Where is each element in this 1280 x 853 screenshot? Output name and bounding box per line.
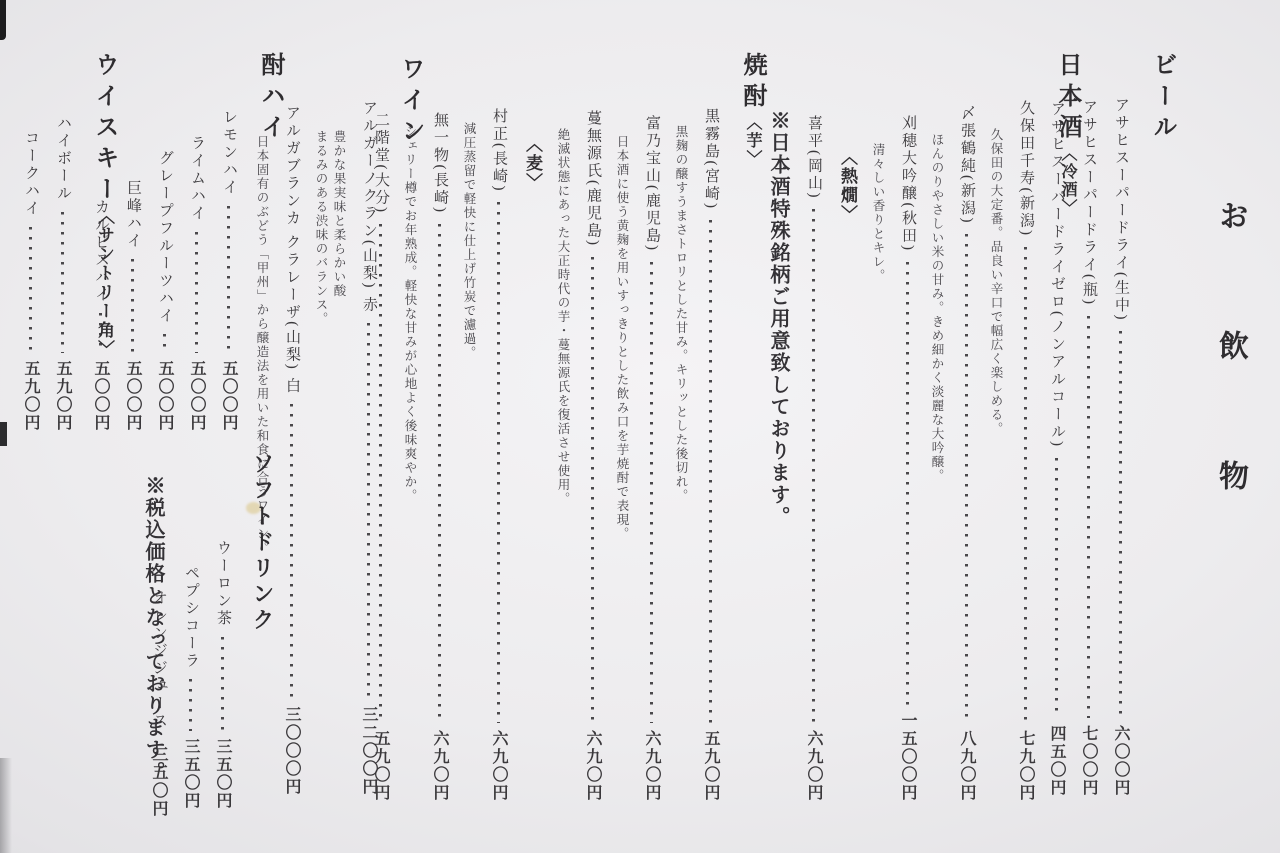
menu-item: ペプシコーラ 三五〇円 bbox=[179, 452, 202, 810]
dotted-leader bbox=[189, 679, 192, 731]
section-heading-whisky: ウイスキー〈サントリー角〉 bbox=[87, 52, 122, 432]
item-price: 五九〇円 bbox=[699, 730, 722, 802]
item-name: 巨峰ハイ bbox=[121, 180, 144, 250]
photo-edge-shadow bbox=[0, 758, 12, 853]
item-price: 五〇〇円 bbox=[121, 360, 144, 432]
menu-item: 村正(長崎) 六九〇円 bbox=[487, 52, 510, 802]
item-name: 喜平(岡山) bbox=[802, 115, 825, 200]
menu-item: 蔓無源氏(鹿児島) 六九〇円 bbox=[581, 52, 604, 802]
heading-sub-suntory: 〈サントリー角〉 bbox=[95, 207, 114, 359]
dotted-leader bbox=[61, 212, 64, 354]
item-name: レモンハイ bbox=[217, 109, 240, 197]
item-name: ハイボール bbox=[51, 115, 74, 203]
dotted-leader bbox=[709, 220, 712, 724]
heading-sub-cold: 〈冷酒〉 bbox=[1059, 145, 1076, 217]
item-price: 三五〇円 bbox=[211, 738, 234, 810]
dotted-leader bbox=[497, 202, 500, 723]
dotted-leader bbox=[227, 206, 230, 354]
item-description: 黒麹の醸すうまさトロリとした甘み。キリッとした後切れ。 bbox=[672, 52, 690, 802]
dotted-leader bbox=[1087, 316, 1090, 719]
menu-item: グレープフルーツハイ 五〇〇円 bbox=[153, 52, 176, 432]
item-name: 〆張鶴純(新潟) bbox=[955, 105, 978, 225]
item-name: 黒霧島(宮崎) bbox=[699, 108, 722, 211]
dotted-leader bbox=[290, 404, 293, 699]
item-price: 六九〇円 bbox=[428, 730, 451, 802]
item-price: 六九〇円 bbox=[640, 730, 663, 802]
dotted-leader bbox=[1024, 247, 1027, 724]
dotted-leader bbox=[29, 227, 32, 354]
item-price: 八九〇円 bbox=[955, 730, 978, 802]
item-description: 減圧蒸留で軽快に仕上げ竹炭で濾過。 bbox=[460, 52, 478, 802]
item-description: ほんのりやさしい米の甘み。きめ細かく淡麗な大吟醸。 bbox=[928, 52, 946, 802]
heading-text: 焼酎 bbox=[739, 52, 765, 114]
item-price: 五九〇円 bbox=[51, 360, 74, 432]
dotted-leader bbox=[163, 334, 166, 353]
item-name: 村正(長崎) bbox=[487, 108, 510, 193]
menu-item: アサヒスーパードライ(生中) 六〇〇円 bbox=[1109, 52, 1132, 797]
item-description: 日本酒に使う黄麹を用いすっきりとした飲み口を芋焼酎で表現。 bbox=[613, 52, 631, 802]
dotted-leader bbox=[906, 262, 909, 706]
item-price: 一五〇〇円 bbox=[896, 712, 919, 802]
page-title: お飲物 bbox=[1208, 200, 1252, 630]
dotted-leader bbox=[1119, 331, 1122, 718]
item-price: 三五〇円 bbox=[179, 738, 202, 810]
item-price: 三二〇〇円 bbox=[357, 706, 380, 796]
item-price: 五九〇円 bbox=[19, 360, 42, 432]
menu-item: ハイボール 五九〇円 bbox=[51, 52, 74, 432]
subheading-hot-sake: 〈熱燗〉 bbox=[835, 52, 860, 802]
item-price: 五〇〇円 bbox=[153, 360, 176, 432]
menu-item: 富乃宝山(鹿児島) 六九〇円 bbox=[640, 52, 663, 802]
section-heading-sake: 日本酒〈冷酒〉 bbox=[1050, 52, 1085, 802]
menu-item: 刈穂大吟醸(秋田) 一五〇〇円 bbox=[896, 52, 919, 802]
item-description: 豊かな果実味と柔らかい酸 まるみのある渋味のバランス。 bbox=[312, 56, 348, 796]
item-name: 富乃宝山(鹿児島) bbox=[640, 115, 663, 253]
item-name: アサヒスーパードライ(生中) bbox=[1109, 97, 1132, 322]
dotted-leader bbox=[131, 259, 134, 353]
item-description: 絶滅状態にあった大正時代の芋・蔓無源氏を復活させ使用。 bbox=[554, 52, 572, 802]
item-price: 六九〇円 bbox=[802, 730, 825, 802]
heading-text: 日本酒 bbox=[1054, 52, 1080, 145]
subheading-mugi: 〈麦〉 bbox=[520, 52, 545, 802]
item-price: 七九〇円 bbox=[1014, 730, 1037, 802]
section-heading-wine: ワイン bbox=[393, 56, 428, 796]
menu-item: 喜平(岡山) 六九〇円 bbox=[802, 52, 825, 802]
item-name: ウーロン茶 bbox=[211, 540, 234, 628]
section-heading-shochu: 焼酎〈芋〉 bbox=[735, 52, 770, 802]
section-sake: 日本酒〈冷酒〉 久保田千寿(新潟) 七九〇円 久保田の大定番。品良い辛口で幅広く… bbox=[752, 52, 1085, 802]
item-name: 刈穂大吟醸(秋田) bbox=[896, 115, 919, 253]
item-price: 六九〇円 bbox=[487, 730, 510, 802]
menu-item: レモンハイ 五〇〇円 bbox=[217, 52, 240, 432]
section-heading-softdrink: ソフトドリンク bbox=[247, 452, 278, 810]
dotted-leader bbox=[812, 209, 815, 723]
item-price: 六〇〇円 bbox=[1109, 725, 1132, 797]
item-price: 五〇〇円 bbox=[185, 360, 208, 432]
dotted-leader bbox=[591, 257, 594, 724]
section-heading-chuhai: 酎ハイ bbox=[253, 52, 288, 432]
item-description: 久保田の大定番。品良い辛口で幅広く楽しめる。 bbox=[987, 52, 1005, 802]
dotted-leader bbox=[650, 262, 653, 724]
dotted-leader bbox=[367, 323, 370, 699]
menu-item: アルガーノクラン(山梨) 赤 三二〇〇円 bbox=[357, 56, 380, 796]
tax-note: ※税込価格となっております。 bbox=[139, 475, 168, 795]
menu-item: ウーロン茶 三五〇円 bbox=[211, 452, 234, 810]
item-name: 蔓無源氏(鹿児島) bbox=[581, 110, 604, 248]
item-name: アルガーノクラン(山梨) 赤 bbox=[357, 100, 380, 314]
menu-item: 巨峰ハイ 五〇〇円 bbox=[121, 52, 144, 432]
item-name: ペプシコーラ bbox=[179, 565, 202, 670]
dotted-leader bbox=[965, 234, 968, 723]
dotted-leader bbox=[195, 232, 198, 354]
menu-item: 無一物(長崎) 六九〇円 bbox=[428, 52, 451, 802]
photo-edge-mark bbox=[0, 0, 6, 40]
item-name: グレープフルーツハイ bbox=[153, 150, 176, 325]
dotted-leader bbox=[221, 637, 224, 732]
item-price: 三〇〇〇円 bbox=[280, 706, 303, 796]
item-price: 六九〇円 bbox=[581, 730, 604, 802]
item-name: コークハイ bbox=[19, 130, 42, 218]
menu-item: ライムハイ 五〇〇円 bbox=[185, 52, 208, 432]
dotted-leader bbox=[438, 224, 441, 724]
item-description: 清々しい香りとキレ。 bbox=[869, 52, 887, 802]
section-whisky: ウイスキー〈サントリー角〉 ハイボール 五九〇円 コークハイ 五九〇円 bbox=[10, 52, 122, 432]
menu-item: 久保田千寿(新潟) 七九〇円 bbox=[1014, 52, 1037, 802]
item-name: 久保田千寿(新潟) bbox=[1014, 100, 1037, 238]
menu-item: 〆張鶴純(新潟) 八九〇円 bbox=[955, 52, 978, 802]
menu-item: コークハイ 五九〇円 bbox=[19, 52, 42, 432]
menu-item: 黒霧島(宮崎) 五九〇円 bbox=[699, 52, 722, 802]
item-price: 五〇〇円 bbox=[217, 360, 240, 432]
item-name: ライムハイ bbox=[185, 135, 208, 223]
heading-text: ウイスキー bbox=[91, 52, 117, 207]
menu-photo: お飲物 ビール アサヒスーパードライ(生中) 六〇〇円 アサヒスーパードライ(瓶… bbox=[0, 0, 1280, 853]
section-heading-beer: ビール bbox=[1145, 52, 1180, 797]
heading-sub-imo: 〈芋〉 bbox=[744, 114, 761, 168]
photo-edge-mark bbox=[0, 422, 7, 446]
item-name: 無一物(長崎) bbox=[428, 112, 451, 215]
